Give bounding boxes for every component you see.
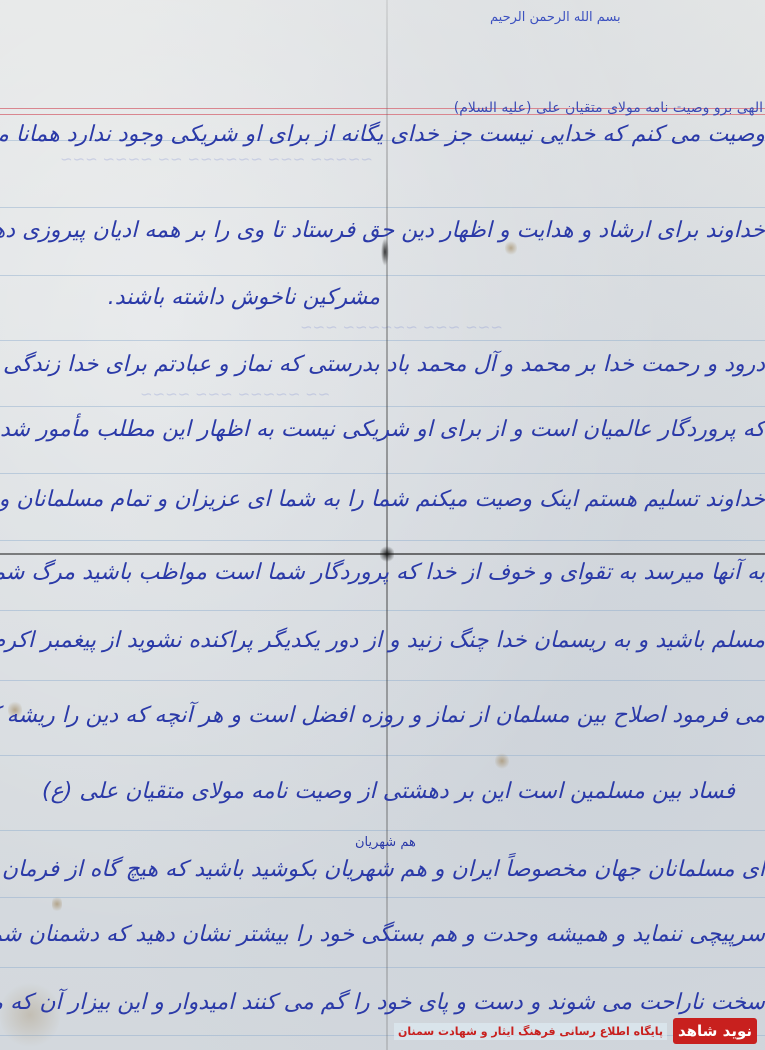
ruled-line (0, 680, 765, 681)
text-line-9: می فرمود اصلاح بین مسلمان از نماز و روزه… (0, 703, 765, 728)
text-line-2: خداوند برای ارشاد و هدایت و اظهار دین حق… (0, 218, 765, 243)
scanned-paper: ~~~ ~~~~ ~~ ~~~~~~ ~~~ ~~~~~ ~~~ ~~~~~~ … (0, 0, 765, 1050)
text-line-1: وصیت می کنم که خدایی نیست جز خدای یگانه … (0, 122, 765, 147)
text-line-12: سرپیچی ننماید و همیشه وحدت و هم بستگی خو… (0, 922, 765, 947)
text-line-3: مشرکین ناخوش داشته باشند. (108, 285, 380, 310)
text-line-8: مسلم باشید و به ریسمان خدا چنگ زنید و از… (0, 628, 765, 653)
text-line-6: خداوند تسلیم هستم اینک وصیت میکنم شما را… (0, 487, 765, 512)
bleed-through-text: ~~~ ~~~~ ~~ ~~~~~~ ~~~ ~~~~~ (60, 150, 373, 168)
watermark-caption: پایگاه اطلاع رسانی فرهنگ ایثار و شهادت س… (394, 1023, 667, 1040)
text-line-4: درود و رحمت خدا بر محمد و آل محمد باد بد… (0, 352, 765, 377)
text-line-5: که پروردگار عالمیان است و از برای او شری… (0, 417, 765, 442)
ruled-line (0, 540, 765, 541)
ruled-line (0, 897, 765, 898)
ink-stain (52, 895, 62, 913)
ruled-line (0, 275, 765, 276)
navid-shahed-logo: نوید شاهد (673, 1018, 757, 1044)
ruled-line (0, 967, 765, 968)
document-heading: الهی برو وصیت نامه مولای متقیان علی (علی… (454, 100, 763, 116)
bleed-through-text: ~~~ ~~~~~~ ~~~ ~~~ (300, 318, 503, 336)
ruled-line (0, 340, 765, 341)
ruled-line (0, 830, 765, 831)
bismillah-header: بسم الله الرحمن الرحیم (490, 10, 621, 25)
text-line-11: ای مسلمانان جهان مخصوصاً ایران و هم شهری… (0, 857, 765, 882)
watermark-logo: نوید شاهد پایگاه اطلاع رسانی فرهنگ ایثار… (394, 1016, 757, 1046)
ruled-line (0, 207, 765, 208)
ruled-line (0, 755, 765, 756)
text-line-13: سخت ناراحت می شوند و دست و پای خود را گم… (0, 990, 765, 1015)
ink-stain (495, 752, 509, 770)
ruled-line (0, 406, 765, 407)
bleed-through-text: ~~~~ ~~~ ~~~~~ ~~ (140, 385, 330, 403)
text-line-7: به آنها میرسد به تقوای و خوف از خدا که پ… (0, 560, 765, 585)
ruled-line (0, 610, 765, 611)
interline-insertion: هم شهریان (355, 835, 416, 850)
ruled-line (0, 473, 765, 474)
text-line-10: فساد بین مسلمین است این بر دهشتی از وصیت… (42, 779, 735, 804)
vertical-fold-crease (386, 0, 388, 1050)
